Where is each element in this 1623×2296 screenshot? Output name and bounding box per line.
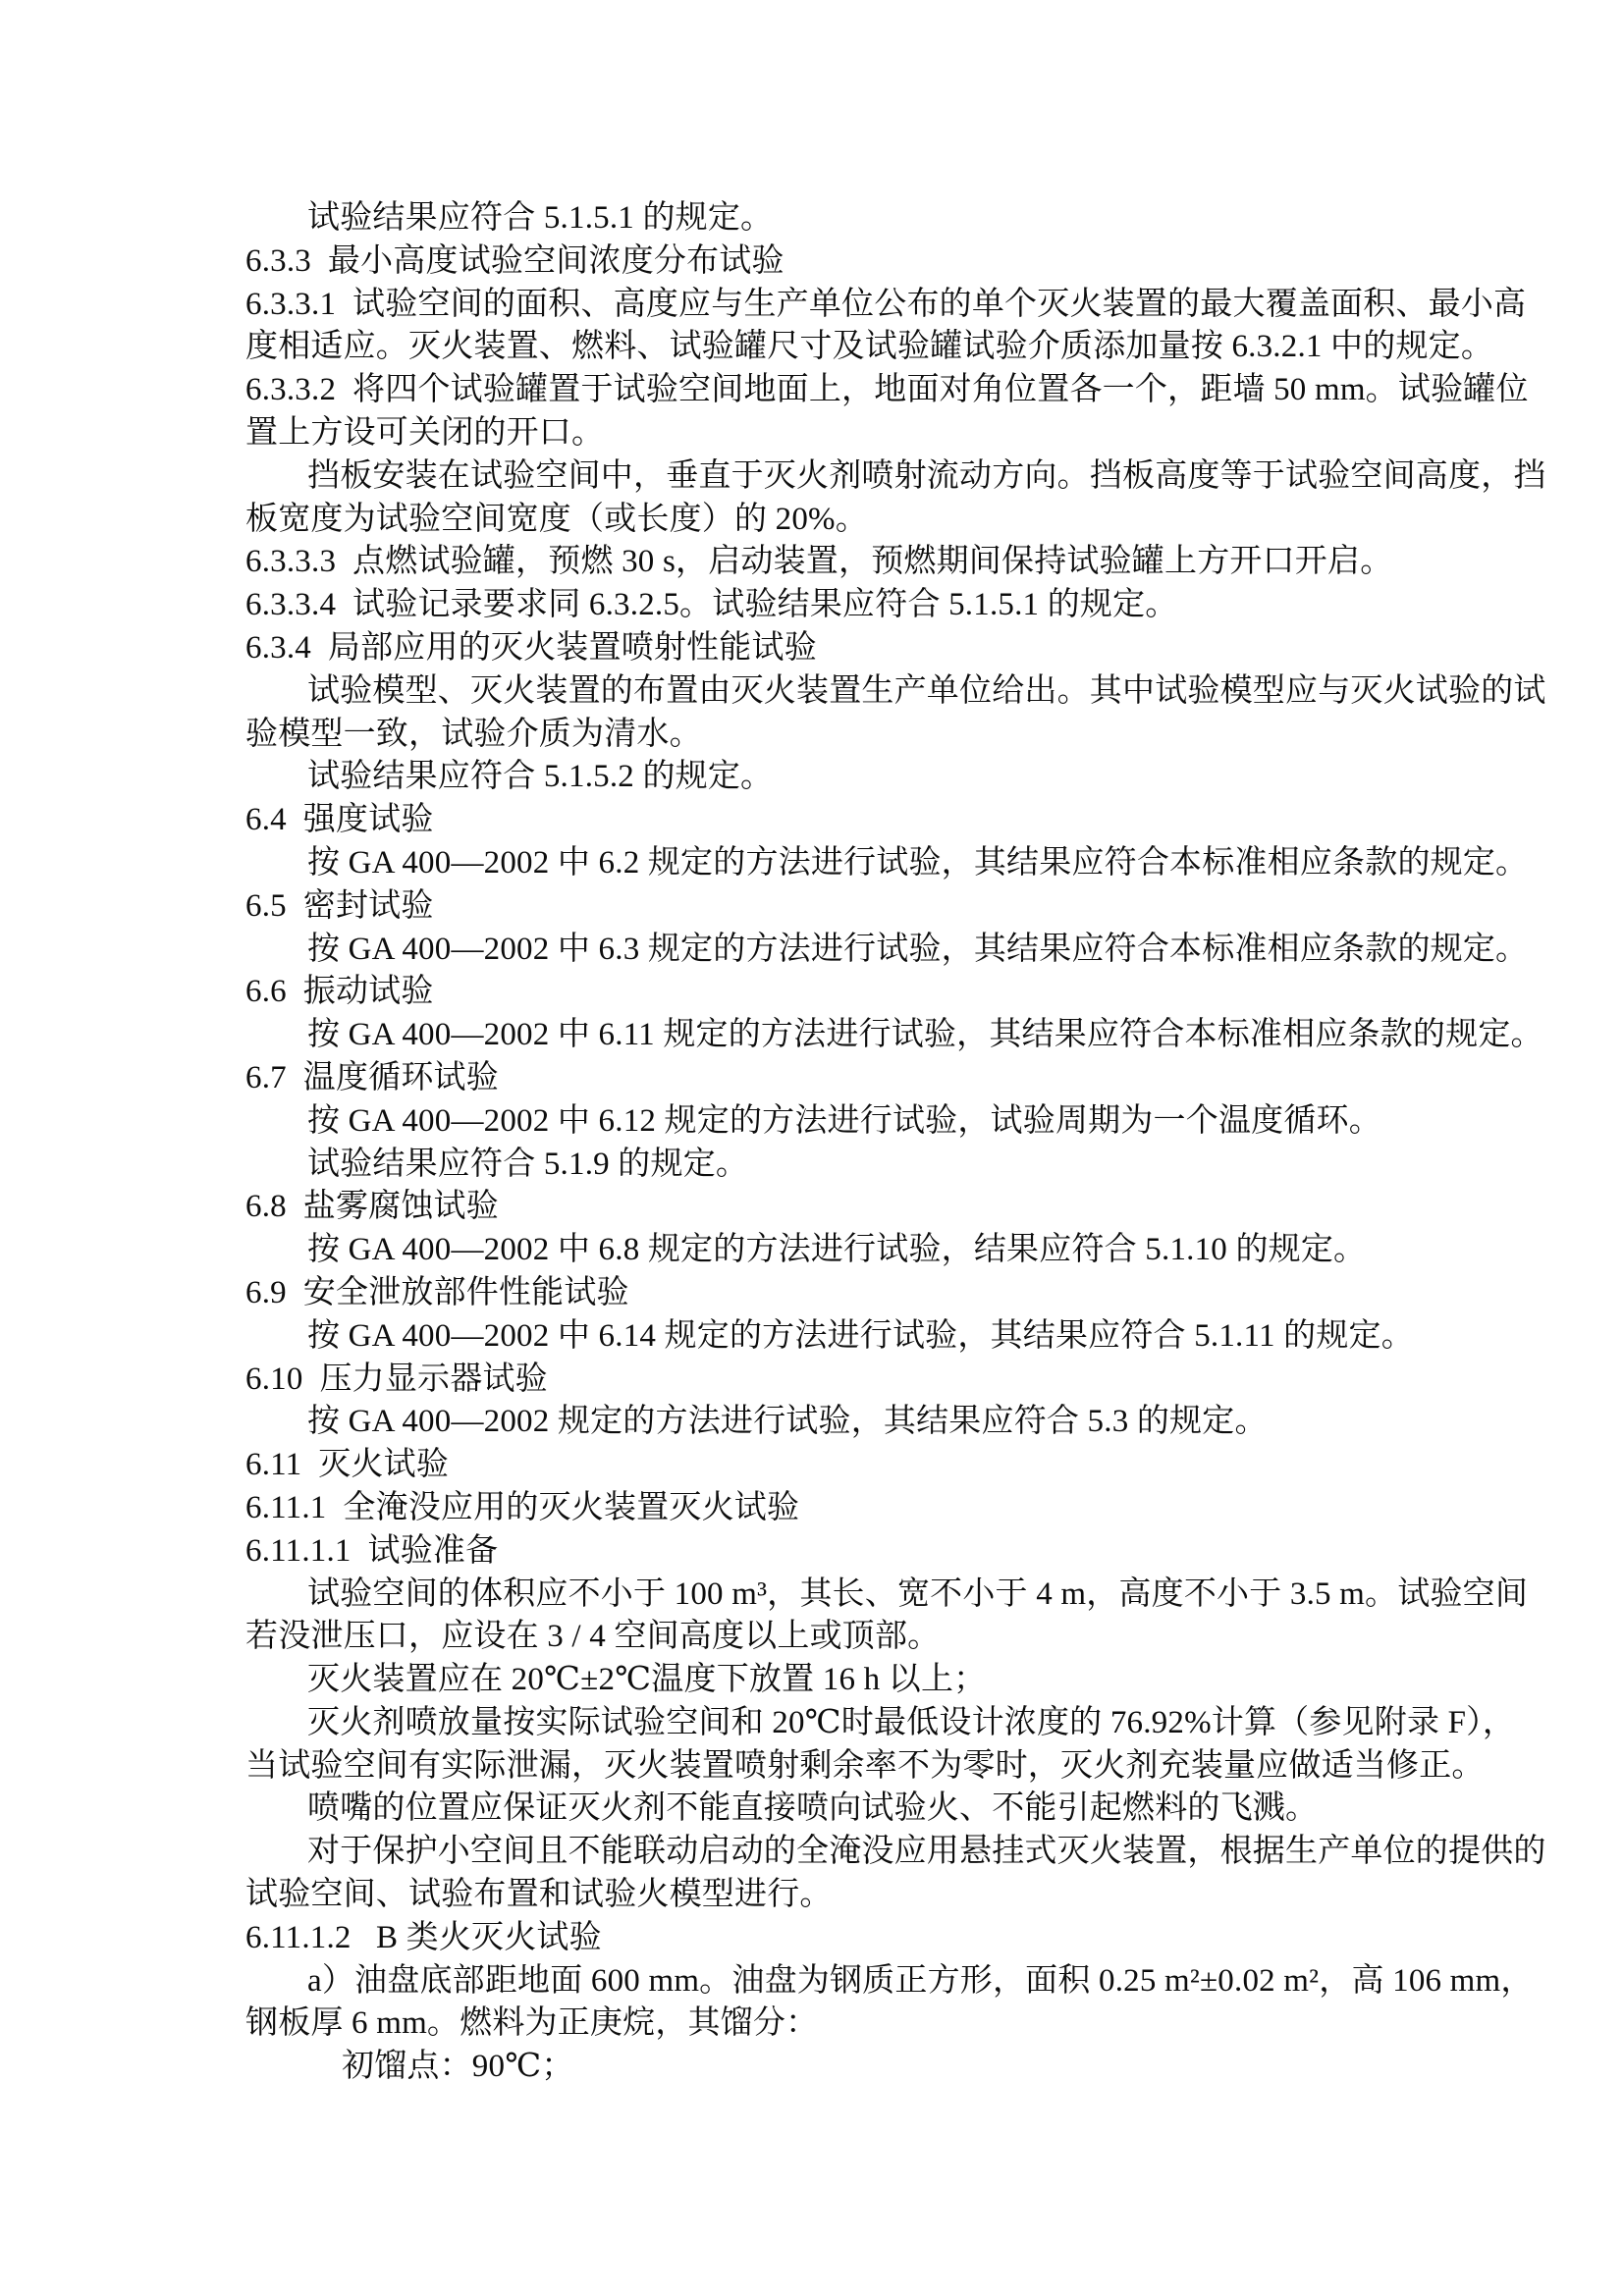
text-line: 按 GA 400—2002 中 6.11 规定的方法进行试验，其结果应符合本标准… — [245, 1014, 1384, 1057]
text-line: 6.3.3.3 点燃试验罐，预燃 30 s，启动装置，预燃期间保持试验罐上方开口… — [245, 541, 1384, 584]
text-line: 置上方设可关闭的开口。 — [245, 412, 1384, 455]
text-line: 6.3.3.1 试验空间的面积、高度应与生产单位公布的单个灭火装置的最大覆盖面积… — [245, 284, 1384, 327]
text-line: 6.3.3.4 试验记录要求同 6.3.2.5。试验结果应符合 5.1.5.1 … — [245, 584, 1384, 627]
text-line: a）油盘底部距地面 600 mm。油盘为钢质正方形，面积 0.25 m²±0.0… — [245, 1960, 1384, 2003]
text-line: 6.6 振动试验 — [245, 971, 1384, 1014]
text-line: 板宽度为试验空间宽度（或长度）的 20%。 — [245, 499, 1384, 542]
text-line: 试验结果应符合 5.1.9 的规定。 — [245, 1144, 1384, 1187]
text-line: 对于保护小空间且不能联动启动的全淹没应用悬挂式灭火装置，根据生产单位的提供的 — [245, 1831, 1384, 1874]
text-line: 挡板安装在试验空间中，垂直于灭火剂喷射流动方向。挡板高度等于试验空间高度，挡 — [245, 455, 1384, 499]
text-line: 6.9 安全泄放部件性能试验 — [245, 1272, 1384, 1315]
text-line: 试验空间的体积应不小于 100 m³，其长、宽不小于 4 m，高度不小于 3.5… — [245, 1574, 1384, 1617]
text-line: 6.4 强度试验 — [245, 799, 1384, 842]
text-line: 6.11.1.1 试验准备 — [245, 1530, 1384, 1574]
text-line: 试验空间、试验布置和试验火模型进行。 — [245, 1874, 1384, 1917]
text-line: 验模型一致，试验介质为清水。 — [245, 714, 1384, 757]
text-line: 6.3.4 局部应用的灭火装置喷射性能试验 — [245, 627, 1384, 670]
text-line: 6.5 密封试验 — [245, 885, 1384, 929]
text-line: 6.8 盐雾腐蚀试验 — [245, 1186, 1384, 1229]
text-line: 6.3.3.2 将四个试验罐置于试验空间地面上，地面对角位置各一个，距墙 50 … — [245, 369, 1384, 412]
text-line: 试验模型、灭火装置的布置由灭火装置生产单位给出。其中试验模型应与灭火试验的试 — [245, 670, 1384, 714]
text-line: 喷嘴的位置应保证灭火剂不能直接喷向试验火、不能引起燃料的飞溅。 — [245, 1788, 1384, 1831]
text-line: 按 GA 400—2002 中 6.2 规定的方法进行试验，其结果应符合本标准相… — [245, 842, 1384, 885]
text-line: 按 GA 400—2002 中 6.8 规定的方法进行试验，结果应符合 5.1.… — [245, 1229, 1384, 1272]
text-line: 6.11.1.2 B 类火灭火试验 — [245, 1917, 1384, 1960]
text-line: 试验结果应符合 5.1.5.1 的规定。 — [245, 197, 1384, 240]
text-line: 按 GA 400—2002 中 6.12 规定的方法进行试验，试验周期为一个温度… — [245, 1100, 1384, 1144]
text-line: 若没泄压口，应设在 3 / 4 空间高度以上或顶部。 — [245, 1616, 1384, 1659]
text-line: 度相适应。灭火装置、燃料、试验罐尺寸及试验罐试验介质添加量按 6.3.2.1 中… — [245, 326, 1384, 369]
text-line: 按 GA 400—2002 规定的方法进行试验，其结果应符合 5.3 的规定。 — [245, 1401, 1384, 1444]
document-content: 试验结果应符合 5.1.5.1 的规定。6.3.3 最小高度试验空间浓度分布试验… — [245, 197, 1384, 2089]
text-line: 按 GA 400—2002 中 6.3 规定的方法进行试验，其结果应符合本标准相… — [245, 929, 1384, 972]
text-line: 试验结果应符合 5.1.5.2 的规定。 — [245, 756, 1384, 799]
text-line: 初馏点：90℃； — [245, 2046, 1384, 2089]
text-line: 6.3.3 最小高度试验空间浓度分布试验 — [245, 240, 1384, 284]
text-line: 灭火剂喷放量按实际试验空间和 20℃时最低设计浓度的 76.92%计算（参见附录… — [245, 1702, 1384, 1745]
text-line: 钢板厚 6 mm。燃料为正庚烷，其馏分： — [245, 2002, 1384, 2046]
text-line: 6.11.1 全淹没应用的灭火装置灭火试验 — [245, 1487, 1384, 1530]
text-line: 6.11 灭火试验 — [245, 1444, 1384, 1487]
text-line: 6.10 压力显示器试验 — [245, 1359, 1384, 1402]
text-line: 6.7 温度循环试验 — [245, 1057, 1384, 1100]
document-page: 试验结果应符合 5.1.5.1 的规定。6.3.3 最小高度试验空间浓度分布试验… — [0, 0, 1623, 2296]
text-line: 当试验空间有实际泄漏，灭火装置喷射剩余率不为零时，灭火剂充装量应做适当修正。 — [245, 1745, 1384, 1789]
text-line: 灭火装置应在 20℃±2℃温度下放置 16 h 以上； — [245, 1659, 1384, 1702]
text-line: 按 GA 400—2002 中 6.14 规定的方法进行试验，其结果应符合 5.… — [245, 1315, 1384, 1359]
